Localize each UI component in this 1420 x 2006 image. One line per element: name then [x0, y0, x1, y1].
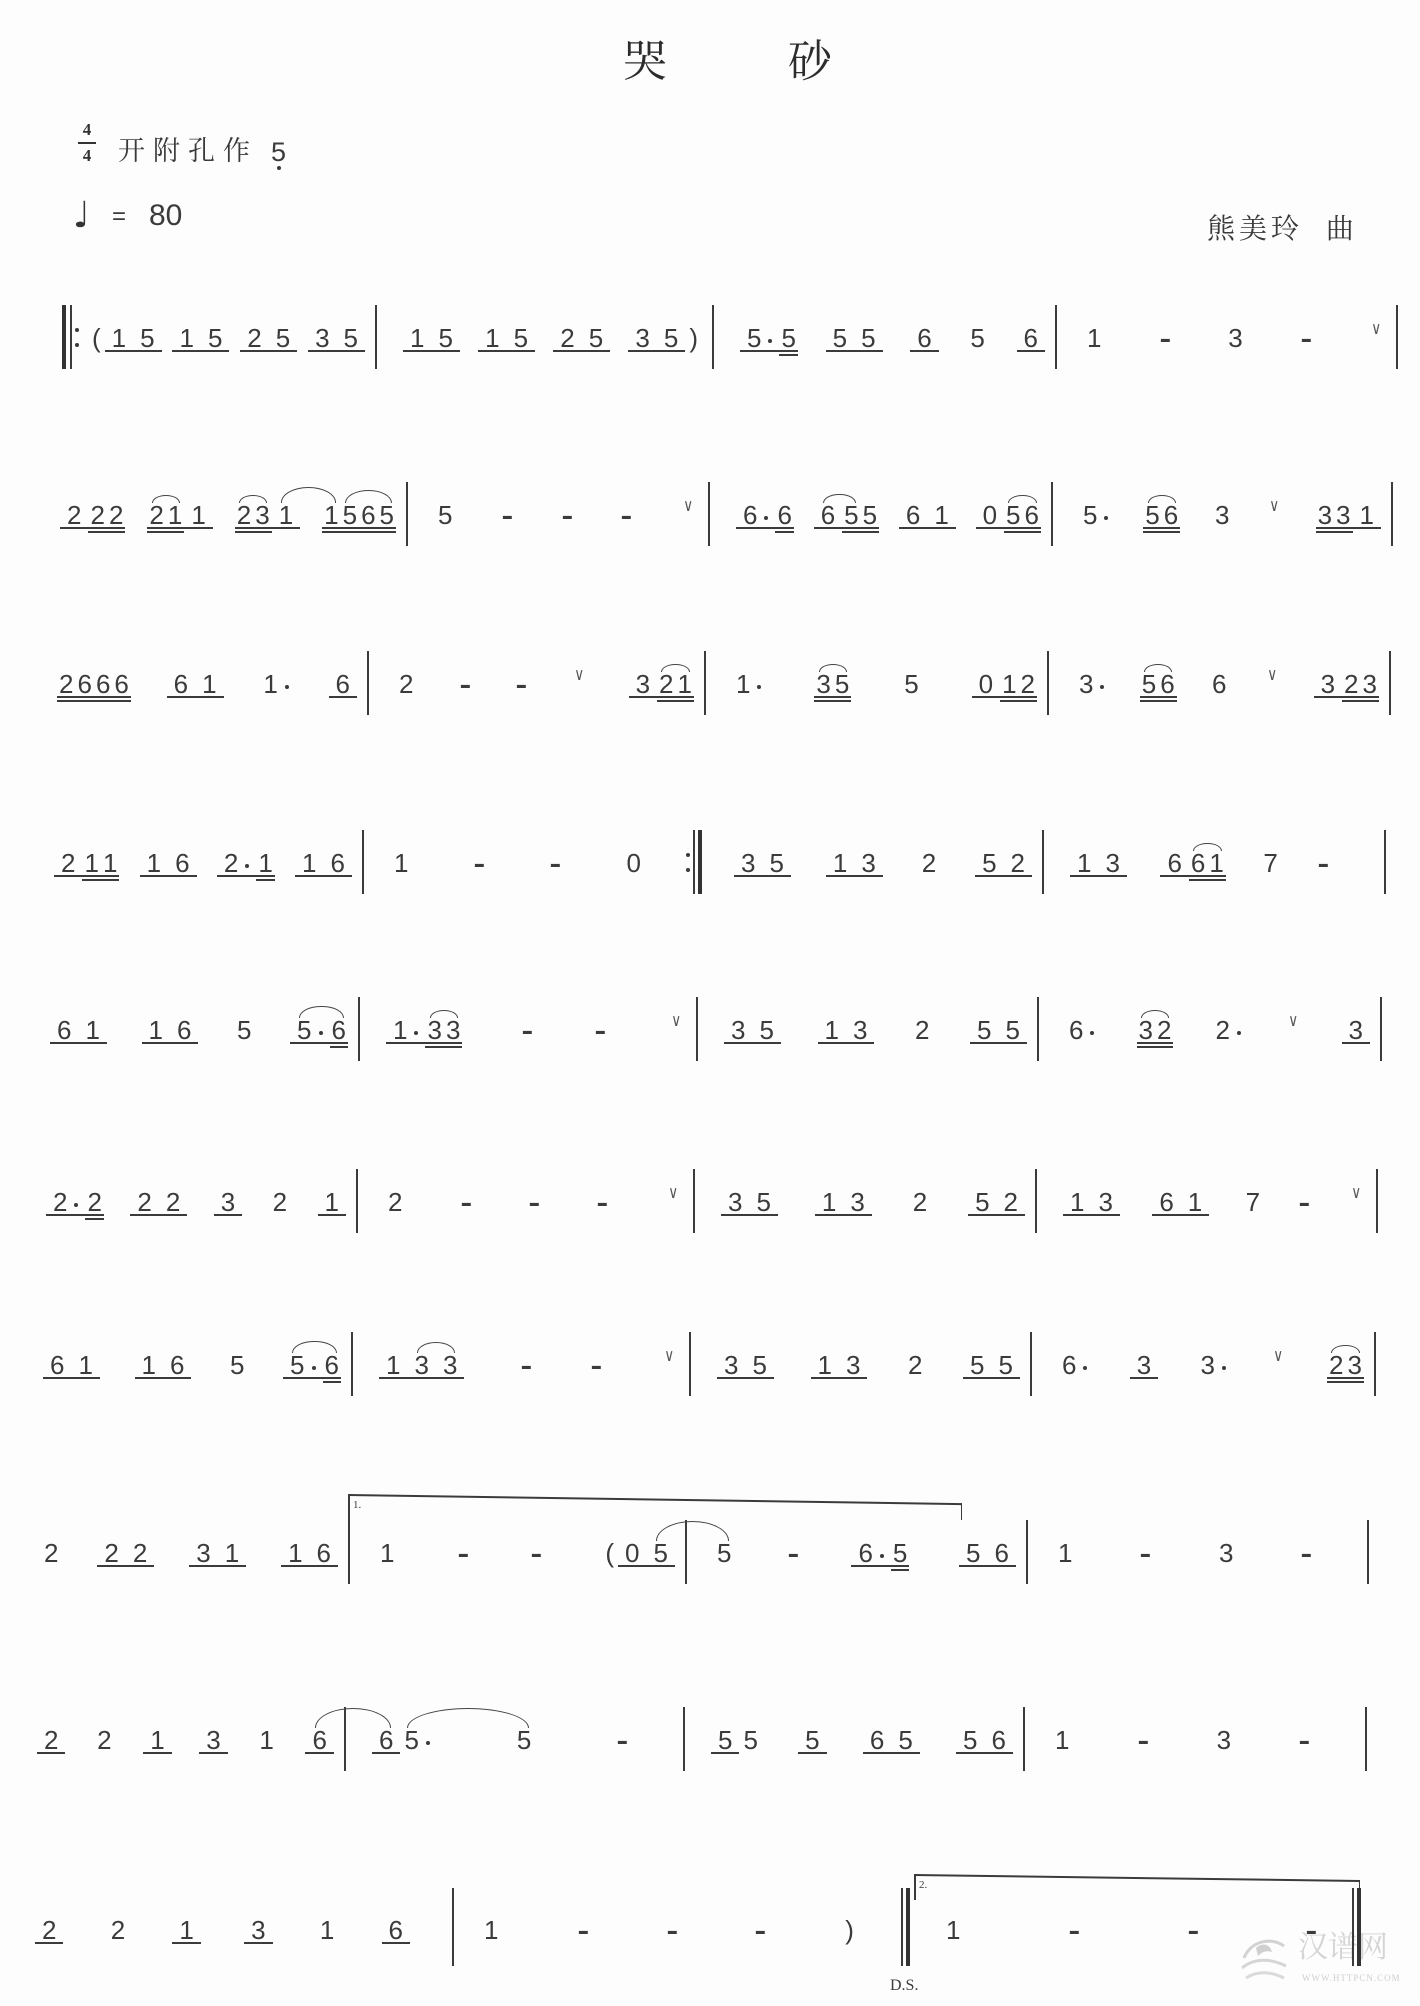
- underline: [1091, 1214, 1119, 1216]
- underline: [711, 1752, 739, 1754]
- dash-symbol: -: [597, 1188, 609, 1216]
- note: 2: [85, 1188, 103, 1216]
- beat-group: 35: [721, 1188, 778, 1216]
- underline: [78, 1042, 106, 1044]
- beat-group: 16: [140, 849, 197, 877]
- underline: [308, 350, 336, 352]
- note-digit: 2: [1157, 1016, 1171, 1044]
- note-digit: 3: [1137, 1351, 1151, 1379]
- underline: [323, 1381, 341, 1383]
- beat-group: 1: [316, 1916, 338, 1944]
- note: 2: [918, 849, 940, 877]
- note-digit: 5: [517, 1726, 531, 1754]
- breath-mark: ∨: [1346, 1188, 1366, 1216]
- note: 1: [818, 1016, 846, 1044]
- beat-group: ∨: [659, 1351, 679, 1379]
- underline: [253, 531, 271, 533]
- beat-group: 35: [734, 849, 791, 877]
- beat-group: 3: [1130, 1351, 1158, 1379]
- note-digit: 6: [331, 849, 345, 877]
- beat-group: 222: [60, 501, 125, 529]
- dash-symbol: -: [459, 670, 471, 698]
- note-digit: 5: [966, 1539, 980, 1567]
- underline: [1327, 1381, 1345, 1383]
- beat-group: 1: [318, 1188, 346, 1216]
- note: 3: [854, 849, 882, 877]
- note-digit: 1: [736, 670, 750, 698]
- note: 5: [1140, 670, 1158, 698]
- underline: [382, 1942, 410, 1944]
- note: 2: [37, 1726, 65, 1754]
- dash-symbol: -: [520, 1351, 532, 1379]
- rest: 0: [623, 849, 645, 877]
- measure: 5563∨331: [1079, 501, 1381, 529]
- beat-group: 1: [390, 849, 412, 877]
- note: 6: [863, 1726, 891, 1754]
- note: 2: [240, 324, 268, 352]
- note-digit: 1: [325, 1188, 339, 1216]
- barline: [1389, 651, 1391, 715]
- underline: [1155, 1042, 1173, 1044]
- note: 2: [384, 1188, 406, 1216]
- beat-group: 3: [214, 1188, 242, 1216]
- note-digit: 2: [109, 501, 123, 529]
- note-digit: 1: [393, 1016, 407, 1044]
- note: 1: [1083, 324, 1105, 352]
- dash-extension: -: [785, 1539, 802, 1567]
- beat-group: 13: [826, 849, 883, 877]
- note: 6: [1162, 501, 1180, 529]
- underline: [37, 1752, 65, 1754]
- dash-symbol: -: [502, 501, 514, 529]
- note: 1: [218, 1539, 246, 1567]
- underline: [861, 527, 879, 529]
- underline: [676, 696, 694, 698]
- note-digit: 5: [208, 324, 222, 352]
- note-digit: 2: [1344, 670, 1358, 698]
- note: 1: [1181, 1188, 1209, 1216]
- barline: [689, 1332, 691, 1396]
- dash-extension: -: [547, 849, 564, 877]
- barline: [1051, 482, 1053, 546]
- breath-mark: ∨: [663, 1188, 683, 1216]
- barline: [358, 997, 360, 1061]
- underline: [330, 1042, 348, 1044]
- note-digit: 2: [273, 1188, 287, 1216]
- note: 6: [899, 501, 927, 529]
- note-digit: 3: [1105, 849, 1119, 877]
- note-digit: 6: [1025, 501, 1039, 529]
- beat-group: 2: [1212, 1016, 1245, 1044]
- underline: [1314, 696, 1342, 698]
- note: 2: [93, 1726, 115, 1754]
- note: 1: [272, 501, 300, 529]
- note: 5: [999, 1016, 1027, 1044]
- note: 3: [1342, 1016, 1370, 1044]
- beat-group: 6: [910, 324, 938, 352]
- measure: 3513252: [721, 1188, 1025, 1216]
- beat-group: 22: [97, 1539, 154, 1567]
- barline: [704, 651, 706, 715]
- underline: [107, 531, 125, 533]
- measure: 2222112311565: [60, 501, 396, 529]
- underline: [75, 700, 93, 702]
- underline: [1346, 1381, 1364, 1383]
- beat-group: -: [1303, 1916, 1320, 1944]
- augmentation-dot: [880, 1554, 884, 1558]
- underline: [970, 1042, 998, 1044]
- underline: [142, 1042, 170, 1044]
- dash-extension: -: [752, 1916, 769, 1944]
- note-digit: 6: [858, 1539, 872, 1567]
- note-digit: 0: [627, 849, 641, 877]
- dash-extension: -: [499, 501, 516, 529]
- note: 7: [1242, 1188, 1264, 1216]
- underline: [94, 696, 112, 698]
- dash-extension: -: [575, 1916, 592, 1944]
- measure: 2--∨321: [395, 670, 694, 698]
- augmentation-dot: [245, 864, 249, 868]
- note-digit: 5: [140, 324, 154, 352]
- note-digit: 3: [443, 1351, 457, 1379]
- note-digit: 5: [743, 1726, 757, 1754]
- beat-group: -: [618, 501, 635, 529]
- barline: [712, 305, 714, 369]
- measure: 6116556: [43, 1351, 341, 1379]
- note: 2: [657, 670, 675, 698]
- note: 6: [736, 501, 775, 529]
- beat-group: -: [575, 1916, 592, 1944]
- underline: [43, 1377, 71, 1379]
- note: 3: [628, 324, 656, 352]
- beat-group: -: [559, 501, 576, 529]
- underline: [425, 1042, 443, 1044]
- dash-extension: -: [1296, 1726, 1313, 1754]
- note-digit: 1: [934, 501, 948, 529]
- note: 6: [359, 501, 377, 529]
- note: 3: [814, 670, 832, 698]
- underline: [798, 1752, 826, 1754]
- beat-group: 61: [899, 501, 956, 529]
- parenthesis: ): [689, 324, 698, 352]
- underline: [359, 527, 377, 529]
- beat-group: 21: [217, 849, 275, 877]
- underline: [657, 700, 675, 702]
- note-digit: 3: [861, 849, 875, 877]
- note-digit: 2: [560, 324, 574, 352]
- volta-bracket-right: [1359, 1880, 1361, 1888]
- beat-group: 55: [711, 1726, 762, 1754]
- augmentation-dot: [757, 685, 761, 689]
- breath-mark: ∨: [1283, 1016, 1303, 1044]
- underline: [1361, 696, 1379, 698]
- note-digit: 2: [1011, 849, 1025, 877]
- note: 5: [956, 1726, 984, 1754]
- note: 3: [1346, 1351, 1364, 1379]
- repeat-end-thin: [693, 830, 695, 894]
- note: 5: [966, 324, 988, 352]
- dash-symbol: -: [1301, 1539, 1313, 1567]
- beat-group: 16: [295, 849, 352, 877]
- note-digit: 5: [664, 324, 678, 352]
- note-digit: 1: [825, 1016, 839, 1044]
- beat-group: -: [519, 1016, 536, 1044]
- note-digit: 6: [96, 670, 110, 698]
- beat-group: 52: [975, 849, 1032, 877]
- note: 6: [1065, 1016, 1098, 1044]
- underline: [88, 527, 106, 529]
- beat-group: 15: [403, 324, 460, 352]
- note: 5: [507, 324, 535, 352]
- breath-mark-icon: ∨: [574, 667, 584, 684]
- note-digit: 2: [1021, 670, 1035, 698]
- note-digit: 3: [1098, 1188, 1112, 1216]
- note-digit: 2: [247, 324, 261, 352]
- slur-arc: [1193, 843, 1221, 851]
- underline: [50, 1042, 78, 1044]
- note: 1: [322, 501, 340, 529]
- volta-label: 2.: [919, 1880, 927, 1891]
- final-bar-thin: [1352, 1888, 1354, 1966]
- key-note: 5: [271, 137, 286, 167]
- underline: [1000, 696, 1018, 698]
- note: 1: [676, 670, 694, 698]
- underline: [1207, 879, 1225, 881]
- note: 1: [478, 324, 506, 352]
- beat-group: 1: [1051, 1726, 1073, 1754]
- note-digit: 2: [388, 1188, 402, 1216]
- beat-group: 1: [1083, 324, 1105, 352]
- volta-bracket-left: [914, 1874, 916, 1900]
- note: 5: [233, 1016, 255, 1044]
- underline: [54, 875, 82, 877]
- underline: [891, 1752, 919, 1754]
- beat-group: ∨: [1366, 324, 1386, 352]
- underline: [1130, 1377, 1158, 1379]
- beat-group: 5: [966, 324, 988, 352]
- note-digit: 5: [343, 501, 357, 529]
- beat-group: 52: [968, 1188, 1025, 1216]
- barline: [1376, 1169, 1378, 1233]
- note: 1: [172, 324, 200, 352]
- note: 2: [1019, 670, 1037, 698]
- beat-group: 56: [283, 1351, 341, 1379]
- note: 6: [324, 849, 352, 877]
- note-digit: 5: [1145, 501, 1159, 529]
- beat-group: 35: [814, 670, 851, 698]
- underline: [170, 1042, 198, 1044]
- beat-group: 2: [40, 1539, 62, 1567]
- note-digit: 5: [404, 1726, 418, 1754]
- beat-group: 321: [629, 670, 694, 698]
- dash-symbol: -: [1299, 1188, 1311, 1216]
- note-digit: 1: [179, 1916, 193, 1944]
- tempo-bpm: 80: [149, 201, 182, 231]
- note: 5: [854, 324, 882, 352]
- dash-symbol: -: [577, 1916, 589, 1944]
- breath-mark: ∨: [1268, 1351, 1288, 1379]
- note-digit: 1: [150, 1726, 164, 1754]
- underline: [1063, 1214, 1091, 1216]
- note-digit: 5: [833, 324, 847, 352]
- underline: [283, 1377, 322, 1379]
- underline: [85, 1214, 103, 1216]
- underline: [75, 696, 93, 698]
- underline: [290, 1042, 329, 1044]
- augmentation-dot: [74, 1203, 78, 1207]
- note: 6: [775, 501, 793, 529]
- measure: 221316: [37, 1726, 334, 1754]
- note: 5: [745, 1351, 773, 1379]
- note-digit: 2: [97, 1726, 111, 1754]
- beat-group: 56: [1143, 501, 1180, 529]
- underline: [57, 700, 75, 702]
- note: 1: [379, 1351, 407, 1379]
- beat-group: 6: [1017, 324, 1045, 352]
- slur-arc: [819, 664, 847, 672]
- note-digit: 2: [44, 1539, 58, 1567]
- underline: [256, 879, 274, 881]
- barline: [1391, 482, 1393, 546]
- note-digit: 6: [177, 1016, 191, 1044]
- underline: [1004, 875, 1032, 877]
- beat-group: 1: [259, 670, 292, 698]
- underline: [826, 875, 854, 877]
- underline: [997, 1214, 1025, 1216]
- note: 5: [713, 1539, 735, 1567]
- note: 1: [927, 501, 955, 529]
- beat-group: 655: [814, 501, 879, 529]
- breath-mark: ∨: [678, 501, 698, 529]
- note: 3: [1334, 501, 1352, 529]
- note-digit: 1: [103, 849, 117, 877]
- measure: 1--(05: [376, 1539, 675, 1567]
- measure: 2---∨: [384, 1188, 683, 1216]
- breath-mark-icon: ∨: [671, 1013, 681, 1030]
- volta-label: 1.: [353, 1500, 361, 1511]
- measure: 633∨23: [1058, 1351, 1364, 1379]
- underline: [214, 1214, 242, 1216]
- note-digit: 6: [1159, 1188, 1173, 1216]
- augmentation-dot: [1104, 516, 1108, 520]
- beat-group: 23: [1327, 1351, 1364, 1379]
- underline: [378, 531, 396, 533]
- barline: [1380, 997, 1382, 1061]
- underline: [582, 350, 610, 352]
- note: 5: [752, 1016, 780, 1044]
- dash-extension: -: [1135, 1726, 1152, 1754]
- underline: [1137, 1046, 1155, 1048]
- note: 6: [1017, 324, 1045, 352]
- beat-group: 2: [918, 849, 940, 877]
- note-digit: 6: [77, 670, 91, 698]
- beat-group: 3: [1215, 1539, 1237, 1567]
- slur-arc: [1148, 495, 1176, 503]
- underline: [1023, 527, 1041, 529]
- repeat-dot: [686, 853, 690, 857]
- underline: [1137, 1042, 1155, 1044]
- note-digit: 5: [438, 501, 452, 529]
- note-digit: 3: [251, 1916, 265, 1944]
- underline: [324, 875, 352, 877]
- beat-group: ∨: [1262, 670, 1282, 698]
- beat-group: 661: [1160, 849, 1225, 877]
- underline: [851, 1565, 890, 1567]
- note-digit: 6: [170, 1351, 184, 1379]
- measure: 6116556: [50, 1016, 348, 1044]
- breath-mark: ∨: [569, 670, 589, 698]
- underline: [88, 531, 106, 533]
- underline: [861, 531, 879, 533]
- note: 2: [553, 324, 581, 352]
- underline: [1189, 879, 1207, 881]
- note: 2: [97, 1539, 125, 1567]
- beat-group: 5: [900, 670, 922, 698]
- note-digit: 1: [818, 1351, 832, 1379]
- note: 6: [310, 1539, 338, 1567]
- underline: [1160, 875, 1188, 877]
- note: 6: [1023, 501, 1041, 529]
- slur-arc: [281, 487, 336, 503]
- underline: [244, 1942, 272, 1944]
- beat-group: 55: [740, 324, 798, 352]
- slur-arc: [152, 495, 180, 503]
- note: 3: [839, 1351, 867, 1379]
- beat-group: 323: [1314, 670, 1379, 698]
- dash-symbol: -: [755, 1916, 767, 1944]
- repeat-dot: [75, 328, 79, 332]
- beat-group: 13: [811, 1351, 868, 1379]
- note: 2: [107, 1916, 129, 1944]
- beat-group: 25: [240, 324, 297, 352]
- dash-extension: -: [1298, 324, 1315, 352]
- beat-group: 2: [35, 1916, 63, 1944]
- dash-symbol: -: [474, 849, 486, 877]
- measure: 2222321: [46, 1188, 346, 1216]
- note: 2: [1004, 849, 1032, 877]
- dash-symbol: -: [460, 1188, 472, 1216]
- augmentation-dot: [414, 1031, 418, 1035]
- page-title: 哭砂: [623, 38, 953, 86]
- note-digit: 5: [717, 1539, 731, 1567]
- underline: [159, 1214, 187, 1216]
- breath-mark: ∨: [1264, 501, 1284, 529]
- dash-extension: -: [664, 1916, 681, 1944]
- underline: [218, 1565, 246, 1567]
- beat-group: -: [1298, 1539, 1315, 1567]
- note: 5: [434, 501, 456, 529]
- paren-close: ): [685, 324, 702, 352]
- underline: [1316, 531, 1334, 533]
- note: 5: [968, 1188, 996, 1216]
- breath-mark-icon: ∨: [664, 1348, 674, 1365]
- beat-group: (05: [601, 1539, 675, 1567]
- note: 6: [170, 1016, 198, 1044]
- note: 2: [1212, 1016, 1245, 1044]
- note-digit: 3: [446, 1016, 460, 1044]
- underline: [143, 1752, 171, 1754]
- note-digit: 1: [147, 849, 161, 877]
- underline: [436, 1377, 464, 1379]
- note-digit: 0: [625, 1539, 639, 1567]
- underline: [775, 531, 793, 533]
- underline: [240, 350, 268, 352]
- beat-group: -: [458, 1188, 475, 1216]
- barline: [1037, 997, 1039, 1061]
- note: 6: [330, 1016, 348, 1044]
- note: 6: [988, 1539, 1016, 1567]
- slur-arc: [1008, 495, 1036, 503]
